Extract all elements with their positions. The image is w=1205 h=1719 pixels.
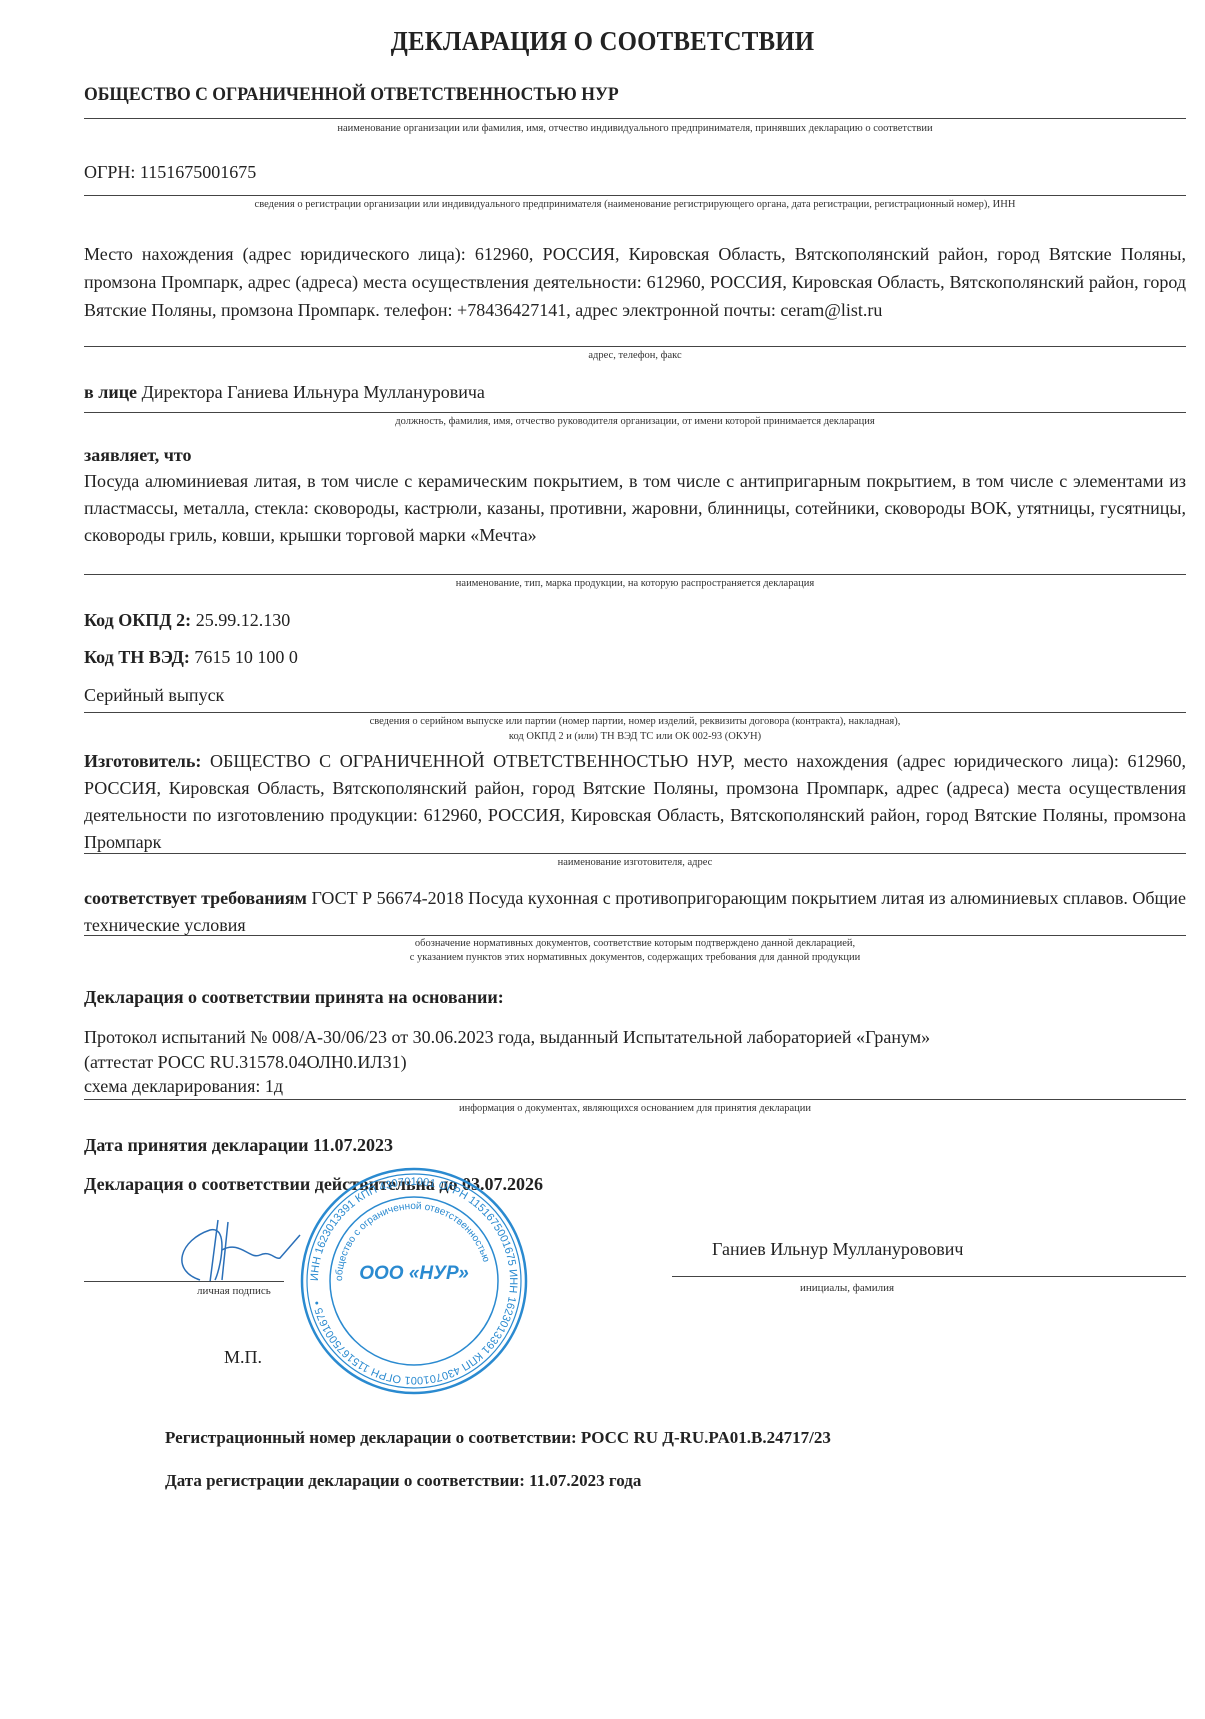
manufacturer-caption: наименование изготовителя, адрес — [84, 857, 1186, 868]
basis-scheme: схема декларирования: 1д — [84, 1074, 283, 1099]
document-title: ДЕКЛАРАЦИЯ О СООТВЕТСТВИИ — [48, 26, 1157, 57]
signature-line — [84, 1281, 284, 1282]
basis-attestat: (аттестат РОСС RU.31578.04ОЛН0.ИЛ31) — [84, 1050, 407, 1075]
divider — [84, 853, 1186, 854]
divider — [84, 574, 1186, 575]
represented-caption: должность, фамилия, имя, отчество руково… — [84, 416, 1186, 427]
release-type: Серийный выпуск — [84, 683, 224, 708]
manufacturer-label: Изготовитель: — [84, 751, 201, 771]
tnved-label: Код ТН ВЭД: — [84, 647, 190, 667]
basis-protocol: Протокол испытаний № 008/А-30/06/23 от 3… — [84, 1025, 930, 1050]
accepted-date: Дата принятия декларации 11.07.2023 — [84, 1133, 393, 1158]
stamp-org-name: ООО «НУР» — [298, 1263, 530, 1285]
applicant-name-caption: наименование организации или фамилия, им… — [84, 123, 1186, 134]
tnved-code: Код ТН ВЭД: 7615 10 100 0 — [84, 645, 298, 670]
okpd-label: Код ОКПД 2: — [84, 610, 191, 630]
declares-label: заявляет, что — [84, 443, 192, 468]
tnved-value: 7615 10 100 0 — [194, 647, 298, 667]
compliance-label: соответствует требованиям — [84, 888, 307, 908]
ogrn: ОГРН: 1151675001675 — [84, 160, 256, 185]
signatory-name: Ганиев Ильнур Муллануровович — [712, 1237, 963, 1262]
applicant-name: ОБЩЕСТВО С ОГРАНИЧЕННОЙ ОТВЕТСТВЕННОСТЬЮ… — [84, 82, 619, 107]
product-caption: наименование, тип, марка продукции, на к… — [84, 578, 1186, 589]
divider — [84, 1099, 1186, 1100]
divider — [84, 712, 1186, 713]
represented-label: в лице — [84, 382, 137, 402]
manufacturer-text: ОБЩЕСТВО С ОГРАНИЧЕННОЙ ОТВЕТСТВЕННОСТЬЮ… — [84, 751, 1186, 852]
represented-name: Директора Ганиева Ильнура Муллануровича — [142, 382, 485, 402]
compliance: соответствует требованиям ГОСТ Р 56674-2… — [84, 885, 1186, 939]
represented-by: в лице Директора Ганиева Ильнура Муллану… — [84, 380, 485, 405]
applicant-address: Место нахождения (адрес юридического лиц… — [84, 240, 1186, 324]
divider — [84, 346, 1186, 347]
basis-caption: информация о документах, являющихся осно… — [84, 1103, 1186, 1114]
compliance-caption-1: обозначение нормативных документов, соот… — [84, 938, 1186, 949]
product-description: Посуда алюминиевая литая, в том числе с … — [84, 468, 1186, 549]
divider — [84, 412, 1186, 413]
registration-date: Дата регистрации декларации о соответств… — [165, 1468, 641, 1493]
okpd-value: 25.99.12.130 — [196, 610, 291, 630]
manufacturer: Изготовитель: ОБЩЕСТВО С ОГРАНИЧЕННОЙ ОТ… — [84, 748, 1186, 856]
okpd-code: Код ОКПД 2: 25.99.12.130 — [84, 608, 290, 633]
registration-number: Регистрационный номер декларации о соотв… — [165, 1425, 831, 1450]
signatory-caption: инициалы, фамилия — [800, 1282, 894, 1294]
divider — [84, 935, 1186, 936]
release-caption-2: код ОКПД 2 и (или) ТН ВЭД ТС или ОК 002-… — [84, 731, 1186, 742]
signature-caption: личная подпись — [197, 1285, 271, 1297]
seal-place-label: М.П. — [224, 1345, 262, 1370]
address-caption: адрес, телефон, факс — [84, 350, 1186, 361]
company-stamp: ИНН 1623013391 КПП 430701001 ОГРН 115167… — [298, 1165, 530, 1397]
declaration-page: ДЕКЛАРАЦИЯ О СООТВЕТСТВИИ ОБЩЕСТВО С ОГР… — [0, 0, 1205, 1719]
ogrn-caption: сведения о регистрации организации или и… — [84, 199, 1186, 210]
compliance-caption-2: с указанием пунктов этих нормативных док… — [84, 952, 1186, 963]
signatory-line — [672, 1276, 1186, 1277]
divider — [84, 195, 1186, 196]
basis-heading: Декларация о соответствии принята на осн… — [84, 985, 504, 1010]
divider — [84, 118, 1186, 119]
release-caption-1: сведения о серийном выпуске или партии (… — [84, 716, 1186, 727]
